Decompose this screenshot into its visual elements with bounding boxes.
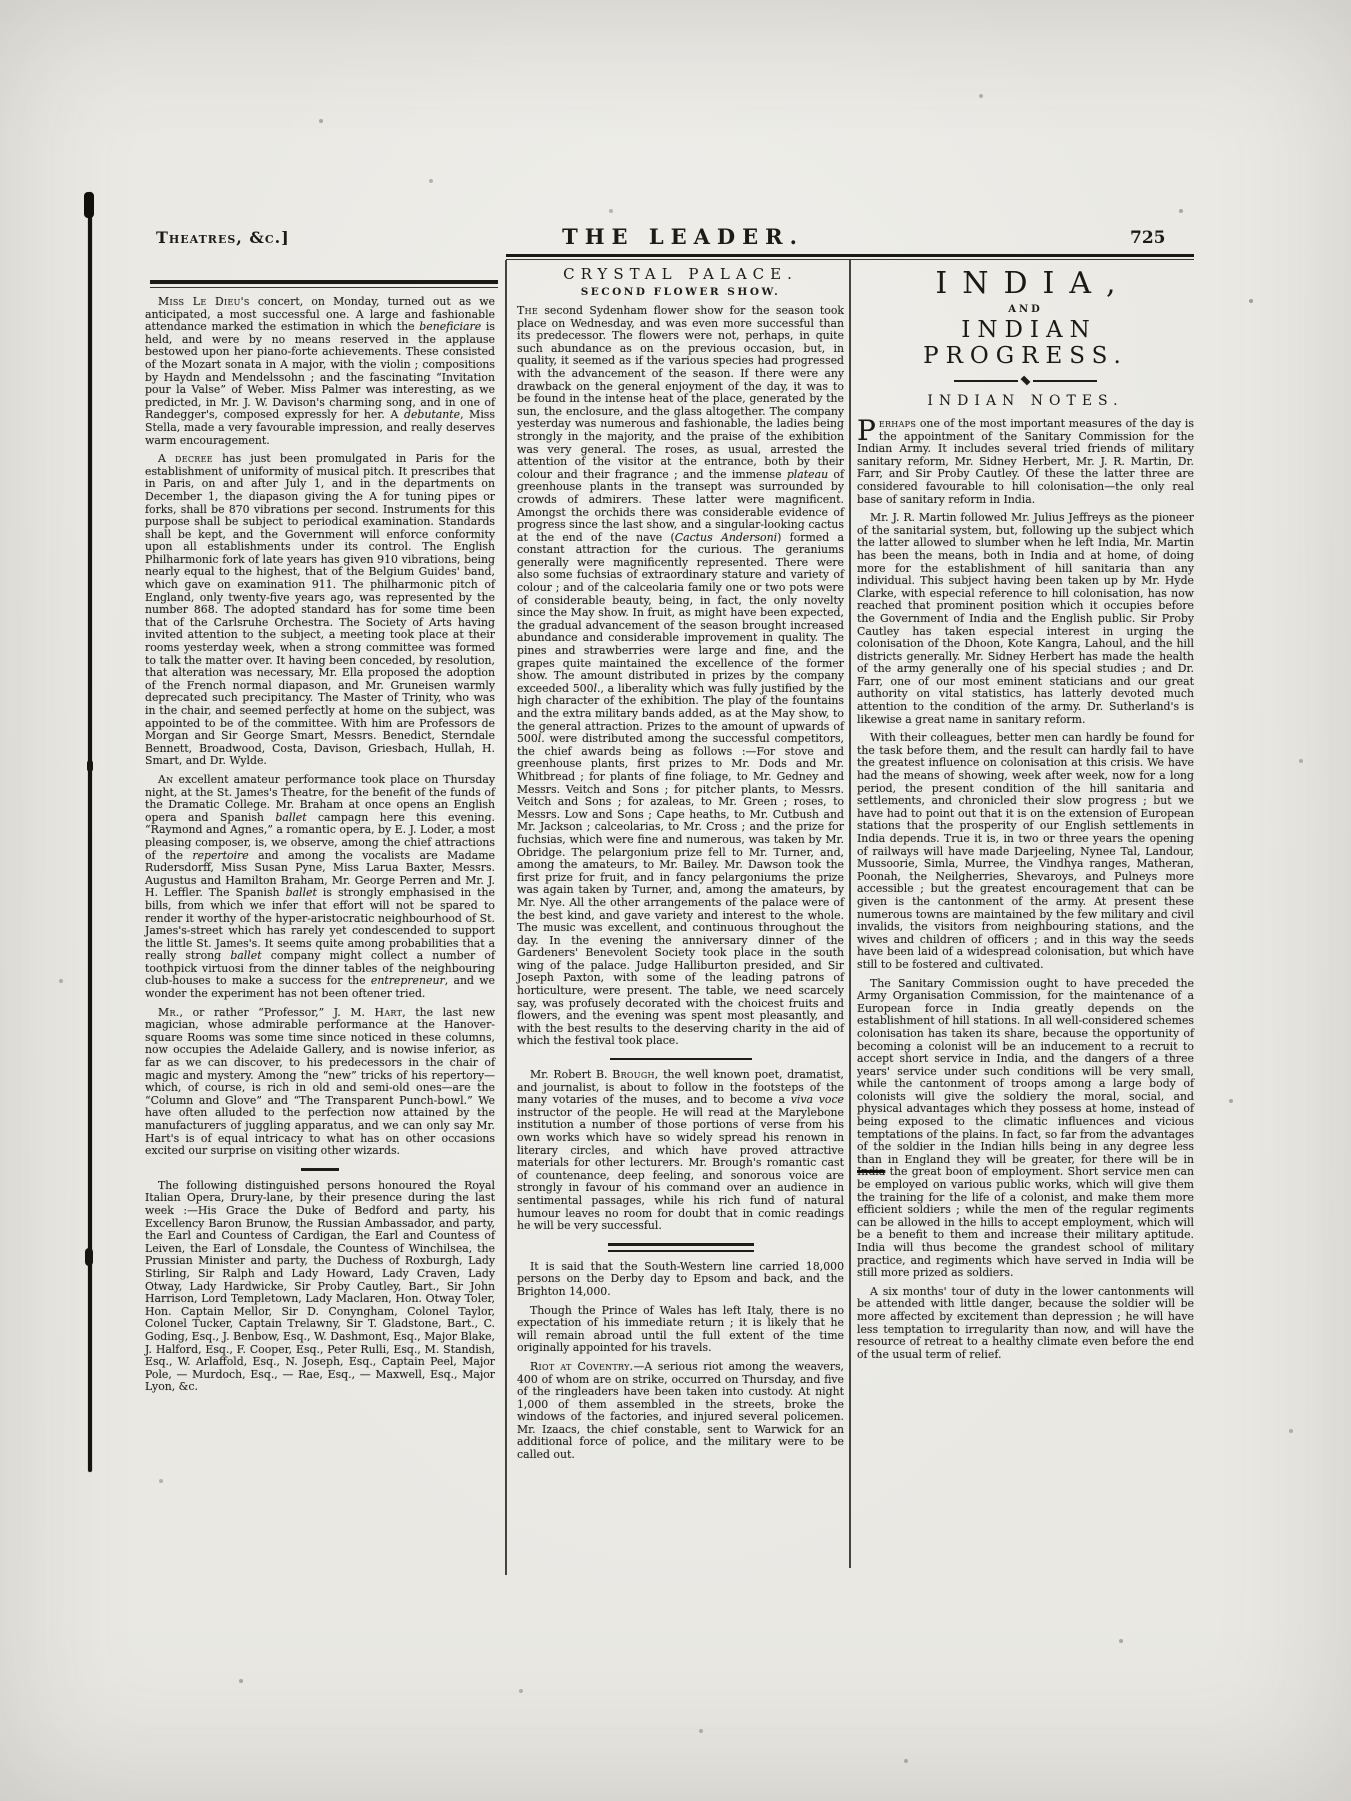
separator-rule <box>301 1168 339 1171</box>
article-paragraph-sanitary-commission: Perhaps one of the most important measur… <box>857 418 1194 506</box>
ink-blob-artifact <box>85 1248 93 1266</box>
column-theatres: Miss Le Dieu's concert, on Monday, turne… <box>145 296 495 1400</box>
section-heading-rule-thin <box>150 287 498 288</box>
column-divider <box>505 260 507 1575</box>
india-title-line1: INDIA, <box>857 266 1194 301</box>
article-paragraph-pitch-decree: A decree has just been promulgated in Pa… <box>145 453 495 768</box>
masthead-title: THE LEADER. <box>533 224 833 249</box>
article-paragraph-hill-stations: The Sanitary Commission ought to have pr… <box>857 978 1194 1280</box>
ink-blob-artifact <box>84 192 94 218</box>
diamond-ornament <box>1021 376 1031 386</box>
article-subtitle: SECOND FLOWER SHOW. <box>517 286 844 298</box>
scan-binding-line-artifact <box>88 192 92 1472</box>
newspaper-page: Theatres, &c.] THE LEADER. 725 Miss Le D… <box>0 0 1351 1801</box>
india-title-line2: INDIAN PROGRESS. <box>857 317 1194 369</box>
article-paragraph-st-james-theatre: An excellent amateur performance took pl… <box>145 774 495 1001</box>
decorative-diamond-rule <box>941 376 1111 385</box>
rule-line <box>1033 380 1097 382</box>
article-paragraph-miss-le-dieu: Miss Le Dieu's concert, on Monday, turne… <box>145 296 495 447</box>
article-paragraph-coventry-riot: Riot at Coventry.—A serious riot among t… <box>517 1361 844 1462</box>
indian-notes-heading: INDIAN NOTES. <box>857 393 1194 409</box>
section-heading-rule <box>150 280 498 284</box>
column-divider <box>849 260 851 1568</box>
article-title: CRYSTAL PALACE. <box>517 265 844 283</box>
article-paragraph-colonisation: With their colleagues, better men can ha… <box>857 732 1194 971</box>
column-india: INDIA, AND INDIAN PROGRESS. INDIAN NOTES… <box>857 266 1194 1367</box>
article-paragraph-martin-jeffreys: Mr. J. R. Martin followed Mr. Julius Jef… <box>857 512 1194 726</box>
section-label: Theatres, &c.] <box>156 228 290 247</box>
article-paragraph-professor-hart: Mr., or rather “Professor,” J. M. Hart, … <box>145 1007 495 1158</box>
article-paragraph-opera-patrons: The following distinguished persons hono… <box>145 1180 495 1394</box>
masthead-rule <box>506 254 1194 257</box>
article-paragraph-flower-show: The second Sydenham flower show for the … <box>517 305 844 1048</box>
column-crystal-palace: CRYSTAL PALACE. SECOND FLOWER SHOW. The … <box>517 263 844 1468</box>
article-paragraph-six-months-tour: A six months' tour of duty in the lower … <box>857 1286 1194 1362</box>
article-paragraph-prince-of-wales: Though the Prince of Wales has left Ital… <box>517 1305 844 1355</box>
scan-noise-specks <box>0 0 2 2</box>
separator-rule <box>610 1058 752 1060</box>
page-number: 725 <box>1130 228 1166 248</box>
india-title-conjunction: AND <box>857 304 1194 315</box>
separator-double-rule <box>608 1243 754 1252</box>
article-paragraph-robert-brough: Mr. Robert B. Brough, the well known poe… <box>517 1069 844 1233</box>
rule-line <box>954 380 1018 382</box>
article-paragraph-railway-derby: It is said that the South-Western line c… <box>517 1261 844 1299</box>
ink-blob-artifact <box>87 760 93 772</box>
